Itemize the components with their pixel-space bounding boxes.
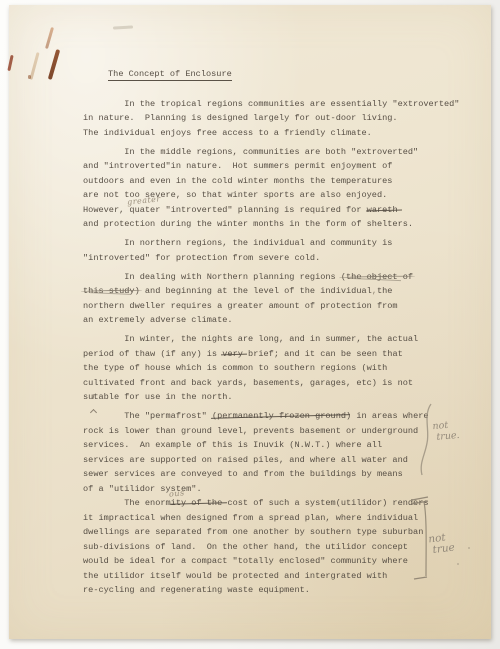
typed-line: this study) and beginning at the level o… [83,284,443,299]
margin-note-not-true-top: not true. [432,419,460,443]
typed-text: In winter, the nights are long, and in s… [83,334,418,344]
typed-line: sub-divisions of land. On the other hand… [83,540,443,555]
typed-text: the type of house which is common to sou… [83,363,387,373]
typed-text: services. An example of this is Inuvik (… [83,440,382,450]
pencil-correction-word: ous [168,488,184,499]
typed-line: in nature. Planning is designed largely … [83,111,443,126]
typed-line: The enormity of theous cost of such a sy… [83,496,443,511]
typed-text: table for use in the north. [93,392,232,402]
margin-note-line: true [432,542,455,556]
typed-text: The "permafrost" [83,411,212,421]
typed-text: cultivated front and back yards, basemen… [83,378,413,388]
typed-text: In northern regions, the individual and … [83,238,392,248]
pencil-struck-text: (the object of [341,272,413,282]
typed-line: sewer services are conveyed to and from … [83,467,443,482]
typed-text: outdoors and even in the cold winter mon… [83,176,392,186]
typed-line: of a "utilidor system". [83,482,443,497]
typed-line: an extremely adverse climate. [83,313,443,328]
typed-line: In dealing with Northern planning region… [83,270,443,285]
typed-text: "introverted" planning is required for [160,205,366,215]
typed-text: and protection during the winter months … [83,219,413,229]
typed-text: In dealing with Northern planning region… [83,272,341,282]
typed-text: it impractical when designed from a spre… [83,513,418,523]
margin-note-line: true. [436,430,460,443]
typed-line: In the middle regions, communities are b… [83,145,443,160]
paragraph: In winter, the nights are long, and in s… [83,332,443,405]
typed-text: an extremely adverse climate. [83,315,233,325]
typed-line: In winter, the nights are long, and in s… [83,332,443,347]
typed-line: period of thaw (if any) is very brief; a… [83,347,443,362]
page-title: The Concept of Enclosure [108,67,443,82]
typed-line: services. An example of this is Inuvik (… [83,438,443,453]
pencil-struck-text: this study) [83,286,140,296]
typed-text: dwellings are separated from one another… [83,527,423,537]
typed-text: northern dweller requires a greater amou… [83,301,398,311]
typed-line: sutable for use in the north. [83,390,443,405]
typed-line: the type of house which is common to sou… [83,361,443,376]
typed-line: northern dweller requires a greater amou… [83,299,443,314]
typed-line: "introverted" for protection from severe… [83,251,443,266]
scanned-page-background: { "document": { "title": "The Concept of… [0,0,500,649]
typed-text: cost of such a system(utilidor) renders [222,498,428,508]
typed-line: re-cycling and regenerating waste equipm… [83,583,443,598]
struck-typed-text: (permanently frozen ground [212,411,346,421]
scanned-document-page: The Concept of Enclosure In the tropical… [9,5,491,639]
typed-line: The "permafrost" (permanently frozen gro… [83,409,443,424]
typed-line: and protection during the winter months … [83,217,443,232]
typed-text: would be ideal for a compact "totally en… [83,556,408,566]
typed-text: In the tropical regions communities are … [83,99,459,109]
paragraph: In the middle regions, communities are b… [83,145,443,232]
paragraph: The enormity of theous cost of such a sy… [83,496,443,598]
typed-line: would be ideal for a compact "totally en… [83,554,443,569]
typed-text: brief; and it can be seen that [243,349,403,359]
typed-line: services are supported on raised piles, … [83,453,443,468]
typed-text: services are supported on raised piles, … [83,455,408,465]
typed-text: rock is lower than ground level, prevent… [83,426,418,436]
typed-line: In northern regions, the individual and … [83,236,443,251]
typed-line: outdoors and even in the cold winter mon… [83,174,443,189]
typed-line: The individual enjoys free access to a f… [83,126,443,141]
paragraphs-container: In the tropical regions communities are … [83,97,443,598]
typed-line: cultivated front and back yards, basemen… [83,376,443,391]
typed-text: quatergreater [129,205,160,215]
typed-line: In the tropical regions communities are … [83,97,443,112]
margin-note-not-true-bottom: not true [428,532,456,557]
typed-text: the [377,286,392,296]
typed-text: the utilidor itself would be protected a… [83,571,387,581]
typed-text: ) in areas where [346,411,429,421]
paragraph: In the tropical regions communities are … [83,97,443,141]
pencil-dot [457,563,459,565]
typed-text: The enorm [83,498,171,508]
paragraph: The "permafrost" (permanently frozen gro… [83,409,443,496]
typed-line: and "introverted"in nature. Hot summers … [83,159,443,174]
typed-line: rock is lower than ground level, prevent… [83,424,443,439]
struck-typed-text: wareth [367,205,398,215]
struck-typed-text: very [222,349,243,359]
page-title-text: The Concept of Enclosure [108,69,232,81]
typed-text: sewer services are conveyed to and from … [83,469,403,479]
typed-line: the utilidor itself would be protected a… [83,569,443,584]
typed-text: However, [83,205,129,215]
typed-text: The individual enjoys free access to a f… [83,128,372,138]
rust-stain [28,75,31,79]
paragraph: In northern regions, the individual and … [83,236,443,265]
paragraph: In dealing with Northern planning region… [83,270,443,328]
pencil-smudge [113,25,133,29]
typed-line: dwellings are separated from one another… [83,525,443,540]
typed-line: it impractical when designed from a spre… [83,511,443,526]
typed-text: in nature. Planning is designed largely … [83,113,398,123]
typed-text: In the middle regions, communities are b… [83,147,418,157]
rust-stain [45,27,54,49]
document-body: The Concept of Enclosure In the tropical… [83,67,443,598]
typed-text: "introverted" for protection from severe… [83,253,320,263]
rust-stain [48,49,60,80]
pencil-dot [468,547,470,549]
typed-text: sub-divisions of land. On the other hand… [83,542,408,552]
struck-typed-text: ity of theous [171,498,223,508]
typed-text: and "introverted"in nature. Hot summers … [83,161,392,171]
typed-line: However, quatergreater "introverted" pla… [83,203,443,218]
typed-text: and beginning at the level of the indivi… [140,286,372,296]
typed-text: period of thaw (if any) is [83,349,222,359]
typed-text: re-cycling and regenerating waste equipm… [83,585,310,595]
